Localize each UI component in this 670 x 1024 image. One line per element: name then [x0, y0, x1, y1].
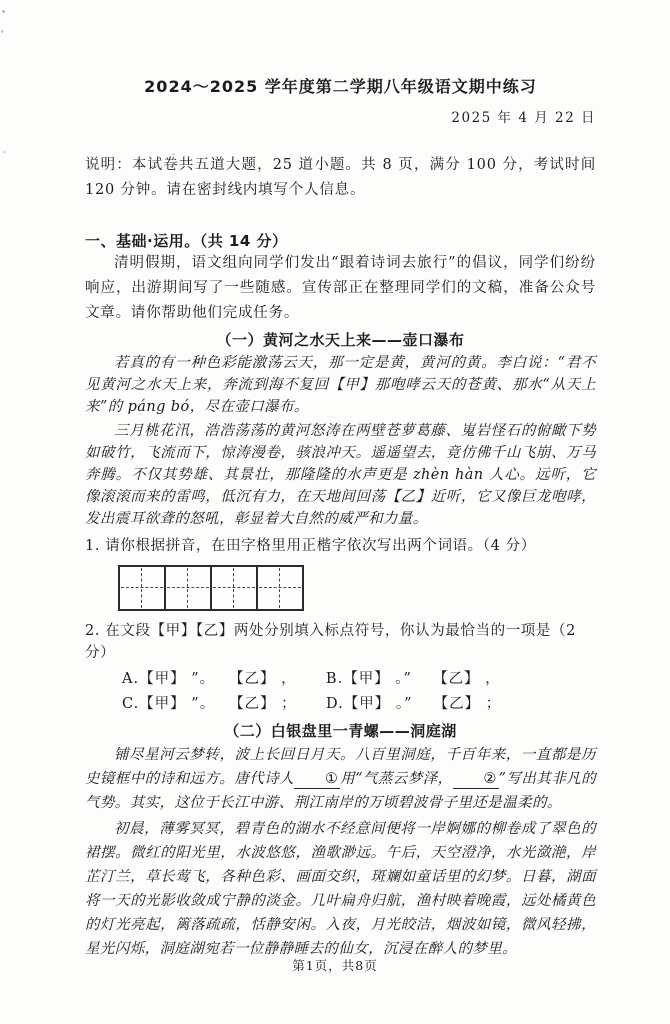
- circled-number-1: ①: [325, 771, 338, 787]
- page-number: 第1页，共8页: [0, 956, 670, 974]
- part-2-passage-1: 铺尽星河云梦转，波上长回日月天。八百里洞庭，千百年来，一直都是历史镜框中的诗和远…: [85, 743, 596, 815]
- section-1-heading: 一、基础·运用。（共 14 分）: [85, 230, 596, 251]
- exam-paper-scan: 2024～2025 学年度第二学期八年级语文期中练习 2025 年 4 月 22…: [0, 0, 670, 1024]
- fill-in-blank-2: ②: [453, 772, 499, 789]
- question-2-options-line-2: C.【甲】 ”。 【乙】 ； D.【甲】 。” 【乙】 ；: [122, 692, 596, 717]
- tianzige-grid: [118, 565, 304, 611]
- part-2-title: （二）白银盘里一青螺——洞庭湖: [85, 720, 596, 741]
- circled-number-2: ②: [483, 771, 496, 787]
- question-2-options-line-1: A.【甲】 ”。 【乙】 ， B.【甲】 。” 【乙】 ，: [122, 667, 596, 692]
- exam-date: 2025 年 4 月 22 日: [85, 106, 596, 126]
- part-1-passage-1: 若真的有一种色彩能激荡云天，那一定是黄，黄河的黄。李白说：“君不见黄河之水天上来…: [85, 352, 596, 418]
- question-2: 2. 在文段【甲】【乙】两处分别填入标点符号，你认为最恰当的一项是（2 分）: [85, 620, 596, 664]
- tianzige-cell: [120, 567, 166, 609]
- question-2-options: A.【甲】 ”。 【乙】 ， B.【甲】 。” 【乙】 ， C.【甲】 ”。 【…: [122, 667, 596, 717]
- passage-text: 用“气蒸云梦泽，: [340, 771, 452, 787]
- scan-speck: [2, 10, 5, 13]
- question-1: 1. 请你根据拼音，在田字格里用正楷字依次写出两个词语。（4 分）: [85, 535, 596, 557]
- exam-instructions: 说明：本试卷共五道大题，25 道小题。共 8 页，满分 100 分，考试时间 1…: [85, 153, 596, 203]
- tianzige-cell: [258, 567, 302, 609]
- tianzige-cell: [212, 567, 258, 609]
- section-1-intro: 清明假期，语文组向同学们发出“跟着诗词去旅行”的倡议，同学们纷纷响应，出游期间写…: [85, 251, 596, 326]
- tianzige-cell: [166, 567, 212, 609]
- scan-speck: [1, 30, 3, 33]
- part-2-passage-2: 初晨，薄雾冥冥，碧青色的湖水不经意间便将一岸婀娜的柳卷成了翠色的裙摆。微红的阳光…: [85, 817, 596, 961]
- exam-title: 2024～2025 学年度第二学期八年级语文期中练习: [85, 74, 596, 97]
- part-1-passage-2: 三月桃花汛，浩浩荡荡的黄河怒涛在两壁苍萝葛藤、嵬岩怪石的俯瞰下势如破竹，飞流而下…: [85, 420, 596, 530]
- part-1-title: （一）黄河之水天上来——壶口瀑布: [85, 329, 596, 350]
- scan-speck: [172, 153, 175, 156]
- scan-speck: [3, 151, 6, 153]
- fill-in-blank-1: ①: [294, 772, 340, 789]
